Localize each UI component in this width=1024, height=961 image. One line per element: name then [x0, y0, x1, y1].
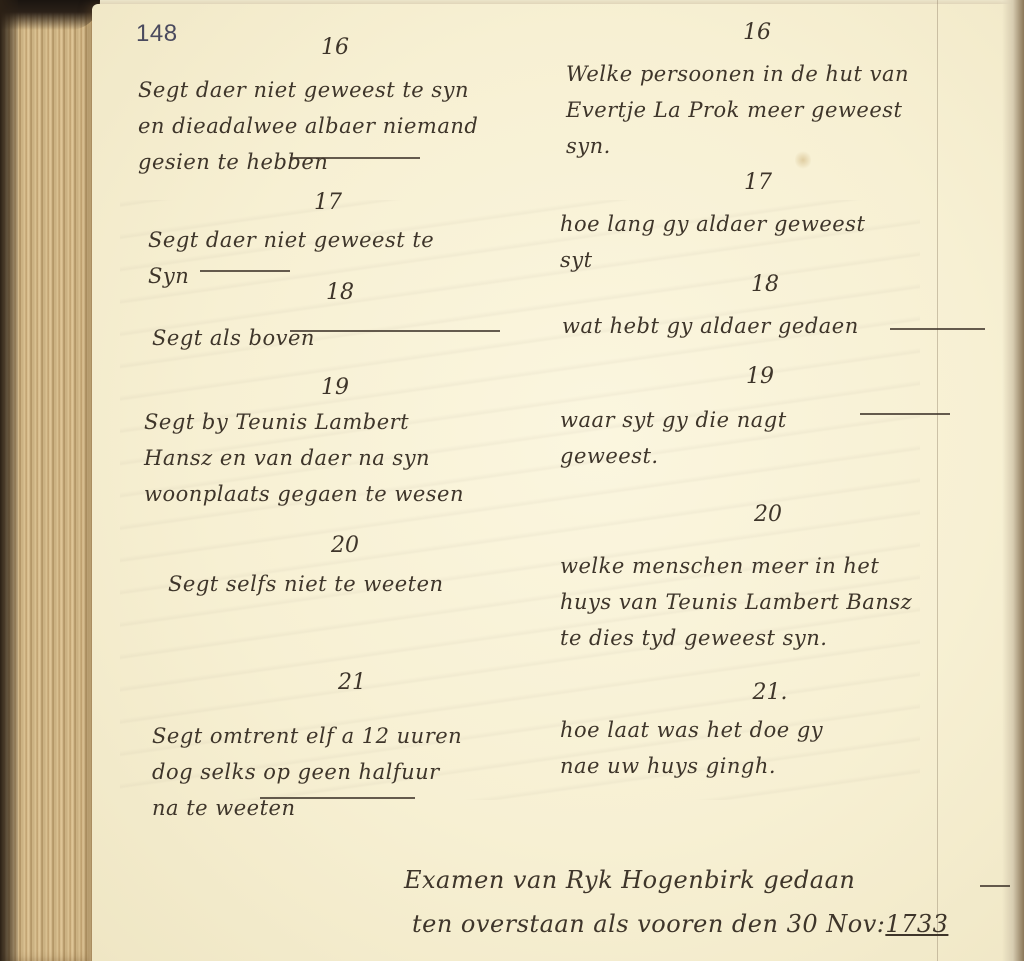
left-entry-line: Segt by Teunis Lambert: [144, 404, 464, 440]
line-flourish: [200, 270, 290, 272]
page-number: 148: [136, 20, 178, 48]
right-entry-number: 21.: [740, 680, 800, 705]
margin-ruling-line: [937, 0, 938, 961]
right-entry-line: geweest.: [560, 438, 787, 474]
left-entry-line: Segt als boven: [152, 320, 315, 356]
left-entry-line: Segt daer niet geweest te: [148, 222, 434, 258]
right-entry-16: Welke persoonen in de hut van Evertje La…: [566, 56, 909, 164]
left-entry-line: Segt selfs niet te weeten: [168, 566, 444, 602]
footer-line-1: Examen van Ryk Hogenbirk gedaan: [404, 858, 948, 902]
right-entry-20: welke menschen meer in het huys van Teun…: [560, 548, 912, 656]
left-entry-number: 17: [298, 190, 358, 215]
right-entry-line: syn.: [566, 128, 909, 164]
left-entry-line: Segt daer niet geweest te syn: [138, 72, 478, 108]
line-flourish: [290, 157, 420, 159]
right-entry-21: hoe laat was het doe gy nae uw huys ging…: [560, 712, 823, 784]
examination-footer: Examen van Ryk Hogenbirk gedaan ten over…: [404, 858, 948, 946]
line-flourish: [890, 328, 985, 330]
footer-year: 1733: [885, 910, 948, 938]
right-entry-18: wat hebt gy aldaer gedaen: [562, 308, 859, 344]
right-entry-number: 18: [735, 272, 795, 297]
footer-date-prefix: ten overstaan als vooren den 30 Nov:: [412, 910, 885, 938]
left-entry-number: 16: [305, 35, 365, 60]
right-entry-line: wat hebt gy aldaer gedaen: [562, 308, 859, 344]
right-entry-line: syt: [560, 242, 865, 278]
left-entry-line: Segt omtrent elf a 12 uuren: [152, 718, 462, 754]
left-entry-number: 21: [322, 670, 382, 695]
right-entry-line: Evertje La Prok meer geweest: [566, 92, 909, 128]
right-page-edge: [1002, 0, 1024, 961]
right-entry-17: hoe lang gy aldaer geweest syt: [560, 206, 865, 278]
book-page-edges: [0, 0, 100, 961]
left-entry-line: en dieadalwee albaer niemand: [138, 108, 478, 144]
left-entry-20: Segt selfs niet te weeten: [168, 566, 444, 602]
right-entry-number: 16: [727, 20, 787, 45]
right-entry-number: 19: [730, 364, 790, 389]
right-entry-19: waar syt gy die nagt geweest.: [560, 402, 787, 474]
left-entry-number: 19: [305, 375, 365, 400]
left-entry-number: 18: [310, 280, 370, 305]
left-entry-16: Segt daer niet geweest te syn en dieadal…: [138, 72, 478, 180]
left-entry-line: Syn: [148, 258, 434, 294]
left-entry-19: Segt by Teunis Lambert Hansz en van daer…: [144, 404, 464, 512]
line-flourish: [260, 797, 415, 799]
manuscript-scan: 148 16 Segt daer niet geweest te syn en …: [0, 0, 1024, 961]
right-entry-number: 17: [728, 170, 788, 195]
right-entry-line: waar syt gy die nagt: [560, 402, 787, 438]
left-entry-line: na te weeten: [152, 790, 462, 826]
right-entry-line: Welke persoonen in de hut van: [566, 56, 909, 92]
right-entry-line: te dies tyd geweest syn.: [560, 620, 912, 656]
left-entry-18: Segt als boven: [152, 320, 315, 356]
footer-line-2: ten overstaan als vooren den 30 Nov:1733: [404, 902, 948, 946]
right-entry-number: 20: [738, 502, 798, 527]
left-entry-line: Hansz en van daer na syn: [144, 440, 464, 476]
left-entry-21: Segt omtrent elf a 12 uuren dog selks op…: [152, 718, 462, 826]
left-entry-line: gesien te hebben: [138, 144, 478, 180]
line-flourish: [860, 413, 950, 415]
line-flourish: [980, 885, 1010, 887]
right-entry-line: welke menschen meer in het: [560, 548, 912, 584]
left-entry-number: 20: [315, 533, 375, 558]
right-entry-line: huys van Teunis Lambert Bansz: [560, 584, 912, 620]
right-entry-line: hoe laat was het doe gy: [560, 712, 823, 748]
line-flourish: [290, 330, 500, 332]
left-entry-17: Segt daer niet geweest te Syn: [148, 222, 434, 294]
right-entry-line: hoe lang gy aldaer geweest: [560, 206, 865, 242]
left-entry-line: dog selks op geen halfuur: [152, 754, 462, 790]
left-entry-line: woonplaats gegaen te wesen: [144, 476, 464, 512]
right-entry-line: nae uw huys gingh.: [560, 748, 823, 784]
